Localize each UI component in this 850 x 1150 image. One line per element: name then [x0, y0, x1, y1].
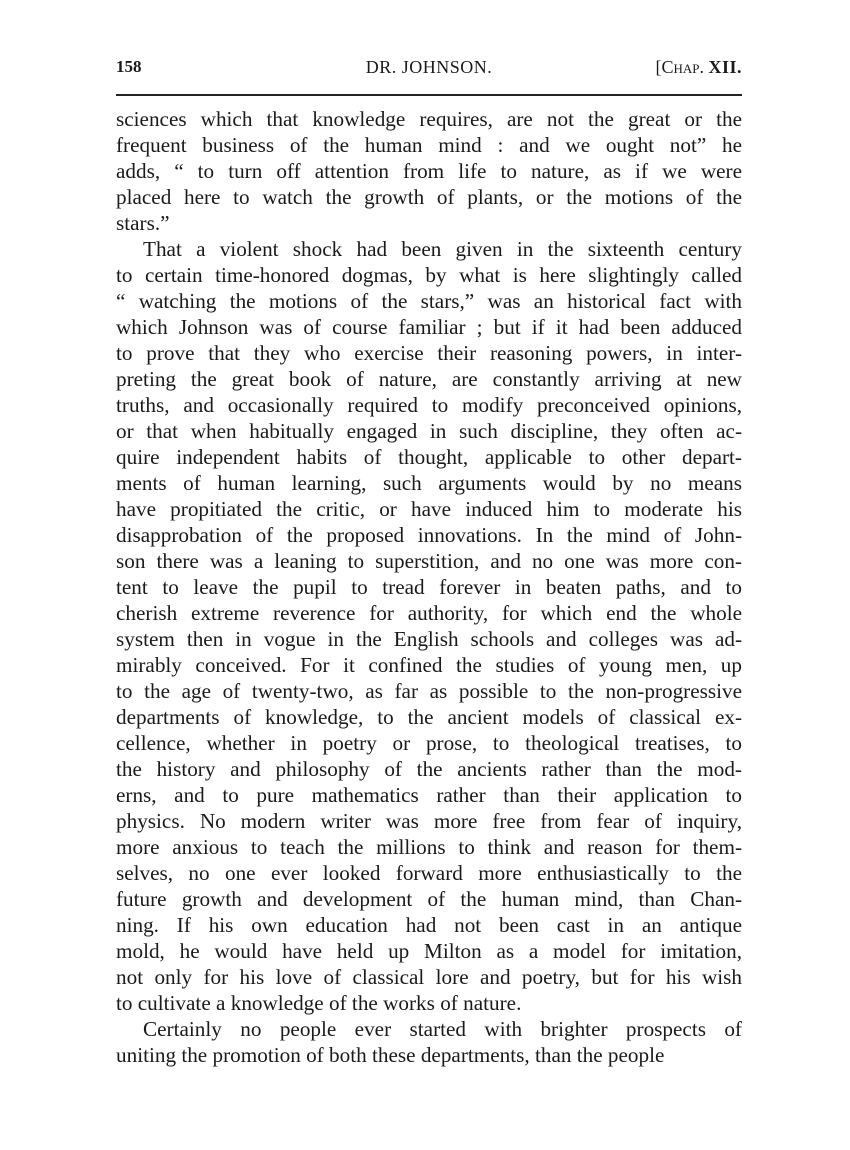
- text-line: tent to leave the pupil to tread forever…: [116, 574, 742, 600]
- text-line: have propitiated the critic, or have ind…: [116, 496, 742, 522]
- running-head: 158 DR. JOHNSON. [Chap. XII.: [116, 52, 742, 82]
- text-line: cherish extreme reverence for authority,…: [116, 600, 742, 626]
- header-rule: [116, 94, 742, 96]
- text-line: adds, “ to turn off attention from life …: [116, 158, 742, 184]
- text-line: That a violent shock had been given in t…: [116, 236, 742, 262]
- body-text: sciences which that knowledge requires, …: [116, 106, 742, 1068]
- text-line: “ watching the motions of the stars,” wa…: [116, 288, 742, 314]
- text-line: the history and philosophy of the ancien…: [116, 756, 742, 782]
- text-line: Certainly no people ever started with br…: [116, 1016, 742, 1042]
- text-line: sciences which that knowledge requires, …: [116, 106, 742, 132]
- chapter-number: XII.: [708, 57, 742, 77]
- text-line: future growth and development of the hum…: [116, 886, 742, 912]
- text-line: son there was a leaning to superstition,…: [116, 548, 742, 574]
- text-line: to cultivate a knowledge of the works of…: [116, 990, 742, 1016]
- text-line: physics. No modern writer was more free …: [116, 808, 742, 834]
- text-line: to prove that they who exercise their re…: [116, 340, 742, 366]
- text-line: erns, and to pure mathematics rather tha…: [116, 782, 742, 808]
- text-line: more anxious to teach the millions to th…: [116, 834, 742, 860]
- text-line: placed here to watch the growth of plant…: [116, 184, 742, 210]
- chapter-reference: [Chap. XII.: [655, 52, 742, 82]
- text-line: disapprobation of the proposed innovatio…: [116, 522, 742, 548]
- text-line: not only for his love of classical lore …: [116, 964, 742, 990]
- text-line: or that when habitually engaged in such …: [116, 418, 742, 444]
- chapter-label: Chap.: [661, 57, 704, 77]
- text-line: ning. If his own education had not been …: [116, 912, 742, 938]
- text-line: to certain time-honored dogmas, by what …: [116, 262, 742, 288]
- running-title: DR. JOHNSON.: [116, 52, 742, 82]
- book-page: 158 DR. JOHNSON. [Chap. XII. sciences wh…: [116, 52, 742, 1068]
- text-line: cellence, whether in poetry or prose, to…: [116, 730, 742, 756]
- text-line: mirably conceived. For it confined the s…: [116, 652, 742, 678]
- text-line: quire independent habits of thought, app…: [116, 444, 742, 470]
- text-line: mold, he would have held up Milton as a …: [116, 938, 742, 964]
- text-line: system then in vogue in the English scho…: [116, 626, 742, 652]
- paragraph: That a violent shock had been given in t…: [116, 236, 742, 1016]
- text-line: departments of knowledge, to the ancient…: [116, 704, 742, 730]
- text-line: frequent business of the human mind : an…: [116, 132, 742, 158]
- text-line: truths, and occasionally required to mod…: [116, 392, 742, 418]
- text-line: to the age of twenty-two, as far as poss…: [116, 678, 742, 704]
- text-line: which Johnson was of course familiar ; b…: [116, 314, 742, 340]
- text-line: uniting the promotion of both these depa…: [116, 1042, 742, 1068]
- paragraph: sciences which that knowledge requires, …: [116, 106, 742, 236]
- text-line: preting the great book of nature, are co…: [116, 366, 742, 392]
- text-line: ments of human learning, such arguments …: [116, 470, 742, 496]
- text-line: selves, no one ever looked forward more …: [116, 860, 742, 886]
- text-line: stars.”: [116, 210, 742, 236]
- paragraph: Certainly no people ever started with br…: [116, 1016, 742, 1068]
